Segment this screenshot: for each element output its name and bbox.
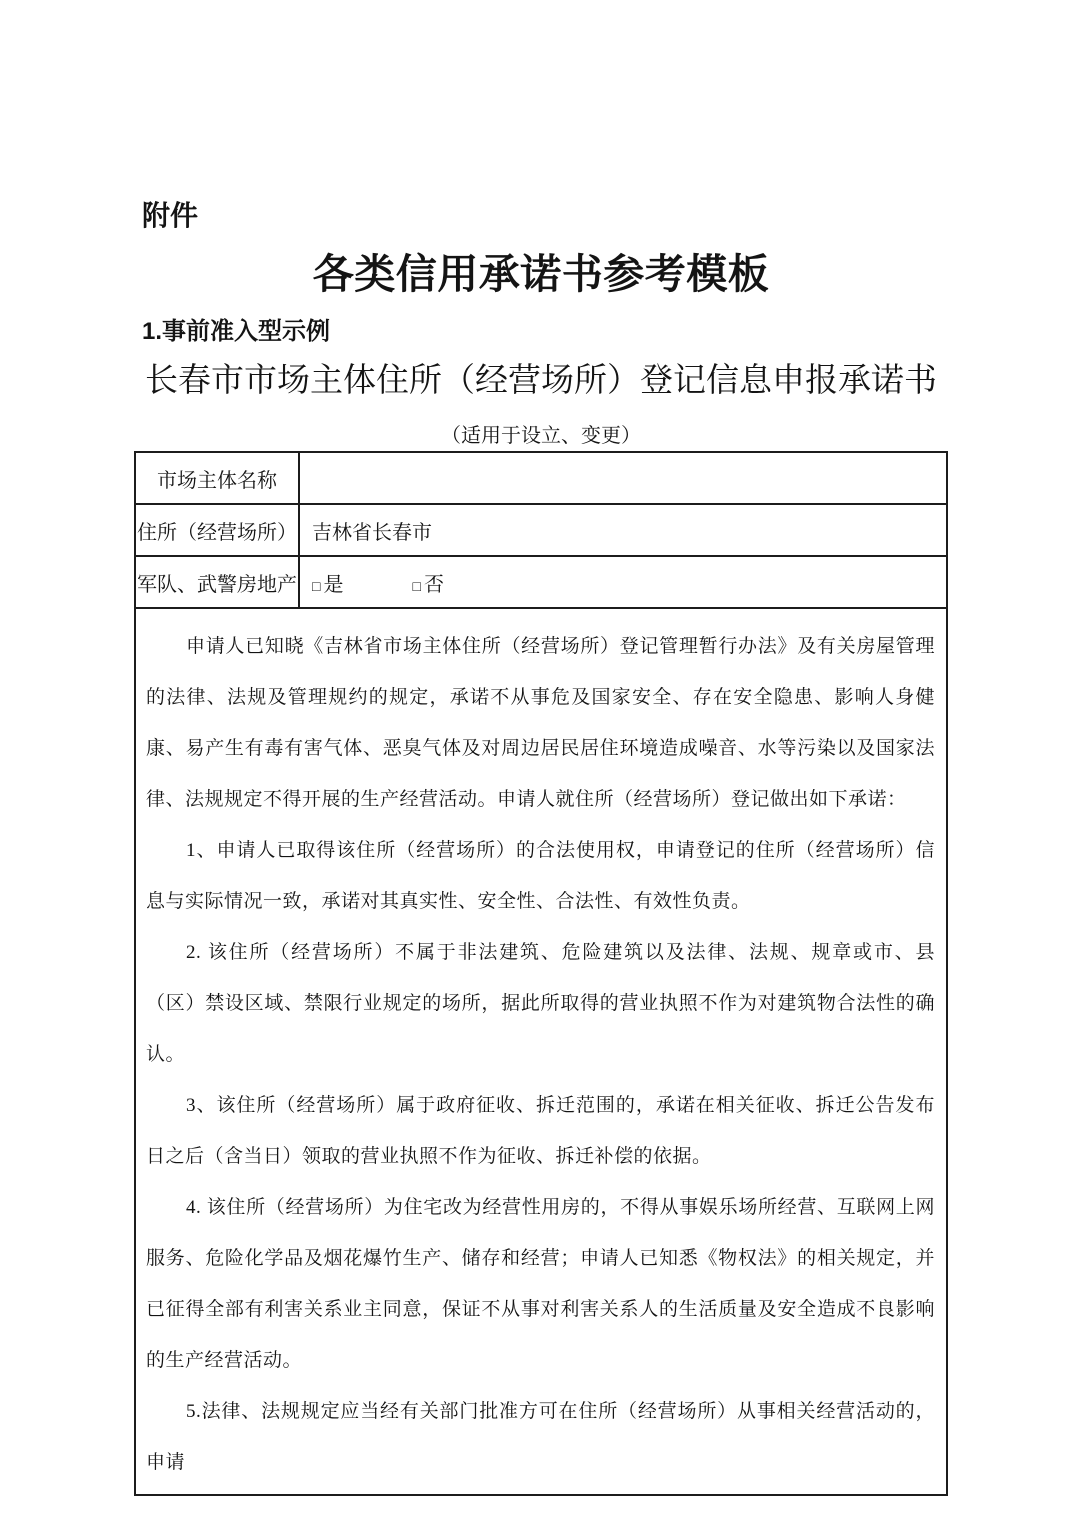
paragraph-item-3: 3、该住所（经营场所）属于政府征收、拆迁范围的，承诺在相关征收、拆迁公告发布日之…: [146, 1080, 935, 1182]
table-row-commitment-body: 申请人已知晓《吉林省市场主体住所（经营场所）登记管理暂行办法》及有关房屋管理的法…: [135, 608, 947, 1495]
field-value-military-property: □是 □否: [299, 556, 947, 608]
registration-form-table: 市场主体名称 住所（经营场所） 吉林省长春市 军队、武警房地产 □是 □否 申请…: [134, 451, 948, 1496]
field-label-address: 住所（经营场所）: [135, 504, 299, 556]
paragraph-intro: 申请人已知晓《吉林省市场主体住所（经营场所）登记管理暂行办法》及有关房屋管理的法…: [146, 621, 935, 825]
section-label: 1.事前准入型示例: [142, 315, 948, 349]
table-row-market-entity-name: 市场主体名称: [135, 452, 947, 504]
checkbox-option-yes[interactable]: □是: [312, 574, 343, 596]
field-value-market-entity-name[interactable]: [299, 452, 947, 504]
table-row-address: 住所（经营场所） 吉林省长春市: [135, 504, 947, 556]
field-label-market-entity-name: 市场主体名称: [135, 452, 299, 504]
commitment-body-cell: 申请人已知晓《吉林省市场主体住所（经营场所）登记管理暂行办法》及有关房屋管理的法…: [135, 608, 947, 1495]
checkbox-label-yes: 是: [323, 574, 343, 596]
checkbox-icon[interactable]: □: [312, 580, 320, 595]
field-value-address: 吉林省长春市: [299, 504, 947, 556]
doc-subtitle: （适用于设立、变更）: [134, 421, 948, 451]
checkbox-icon[interactable]: □: [412, 580, 420, 595]
doc-title: 长春市市场主体住所（经营场所）登记信息申报承诺书: [134, 357, 948, 405]
paragraph-item-5: 5.法律、法规规定应当经有关部门批准方可在住所（经营场所）从事相关经营活动的，申…: [146, 1386, 935, 1488]
paragraph-item-4: 4. 该住所（经营场所）为住宅改为经营性用房的，不得从事娱乐场所经营、互联网上网…: [146, 1182, 935, 1386]
attachment-label: 附件: [142, 197, 948, 235]
document-page: 附件 各类信用承诺书参考模板 1.事前准入型示例 长春市市场主体住所（经营场所）…: [0, 0, 1074, 1520]
checkbox-option-no[interactable]: □否: [412, 574, 443, 596]
table-row-military-property: 军队、武警房地产 □是 □否: [135, 556, 947, 608]
field-label-military-property: 军队、武警房地产: [135, 556, 299, 608]
checkbox-label-no: 否: [424, 574, 444, 596]
paragraph-item-2: 2. 该住所（经营场所）不属于非法建筑、危险建筑以及法律、法规、规章或市、县（区…: [146, 927, 935, 1080]
main-title: 各类信用承诺书参考模板: [134, 245, 948, 303]
paragraph-item-1: 1、申请人已取得该住所（经营场所）的合法使用权，申请登记的住所（经营场所）信息与…: [146, 825, 935, 927]
